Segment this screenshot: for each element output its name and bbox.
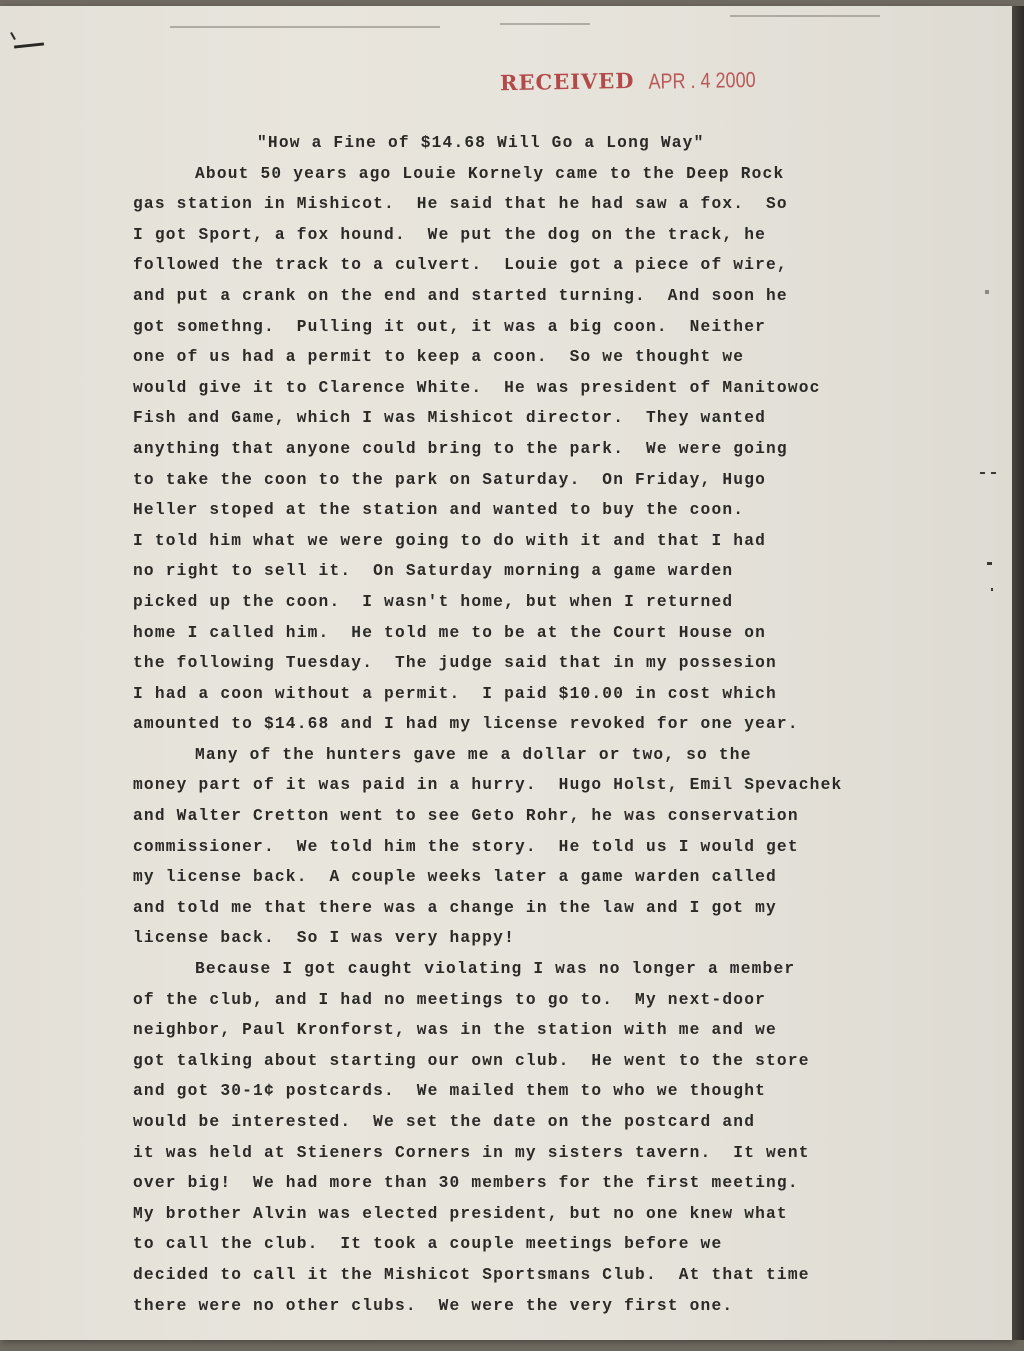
text-line: would give it to Clarence White. He was …	[133, 373, 953, 404]
text-line: license back. So I was very happy!	[133, 923, 953, 954]
document-title: "How a Fine of $14.68 Will Go a Long Way…	[133, 128, 953, 159]
stamp-date: APR . 4 2000	[648, 68, 756, 95]
paragraph-first-line: Because I got caught violating I was no …	[133, 954, 953, 985]
corner-pen-mark	[14, 42, 44, 48]
text-line: got talking about starting our own club.…	[133, 1046, 953, 1077]
corner-pen-mark	[10, 32, 16, 40]
text-line: amounted to $14.68 and I had my license …	[133, 709, 953, 740]
text-line: followed the track to a culvert. Louie g…	[133, 250, 953, 281]
text-line: there were no other clubs. We were the v…	[133, 1291, 953, 1322]
text-line: decided to call it the Mishicot Sportsma…	[133, 1260, 953, 1291]
text-line: anything that anyone could bring to the …	[133, 434, 953, 465]
text-line: home I called him. He told me to be at t…	[133, 618, 953, 649]
document-body: "How a Fine of $14.68 Will Go a Long Way…	[133, 128, 953, 1321]
margin-mark	[985, 290, 989, 294]
paragraph-first-line: Many of the hunters gave me a dollar or …	[133, 740, 953, 771]
received-stamp: RECEIVED APR . 4 2000	[500, 66, 756, 95]
text-line: would be interested. We set the date on …	[133, 1107, 953, 1138]
typed-document-page: RECEIVED APR . 4 2000 "How a Fine of $14…	[0, 6, 1012, 1340]
text-line: I got Sport, a fox hound. We put the dog…	[133, 220, 953, 251]
text-line: to call the club. It took a couple meeti…	[133, 1229, 953, 1260]
paragraph-first-line: About 50 years ago Louie Kornely came to…	[133, 159, 953, 190]
text-line: and Walter Cretton went to see Geto Rohr…	[133, 801, 953, 832]
text-line: the following Tuesday. The judge said th…	[133, 648, 953, 679]
text-line: one of us had a permit to keep a coon. S…	[133, 342, 953, 373]
top-edge-rule	[500, 23, 590, 25]
text-line: over big! We had more than 30 members fo…	[133, 1168, 953, 1199]
paragraphs-container: About 50 years ago Louie Kornely came to…	[133, 159, 953, 1322]
text-line: I had a coon without a permit. I paid $1…	[133, 679, 953, 710]
text-line: and got 30-1¢ postcards. We mailed them …	[133, 1076, 953, 1107]
margin-mark	[987, 562, 992, 565]
text-line: neighbor, Paul Kronforst, was in the sta…	[133, 1015, 953, 1046]
text-line: it was held at Stieners Corners in my si…	[133, 1138, 953, 1169]
text-line: Fish and Game, which I was Mishicot dire…	[133, 403, 953, 434]
text-line: picked up the coon. I wasn't home, but w…	[133, 587, 953, 618]
margin-mark	[980, 472, 985, 474]
stamp-word: RECEIVED	[500, 68, 635, 95]
text-line: I told him what we were going to do with…	[133, 526, 953, 557]
text-line: commissioner. We told him the story. He …	[133, 832, 953, 863]
margin-mark	[991, 472, 996, 474]
margin-mark	[991, 588, 993, 591]
text-line: my license back. A couple weeks later a …	[133, 862, 953, 893]
text-line: money part of it was paid in a hurry. Hu…	[133, 770, 953, 801]
text-line: no right to sell it. On Saturday morning…	[133, 556, 953, 587]
top-edge-rule	[730, 15, 880, 17]
text-line: got somethng. Pulling it out, it was a b…	[133, 312, 953, 343]
text-line: Heller stoped at the station and wanted …	[133, 495, 953, 526]
top-edge-rule	[170, 26, 440, 28]
text-line: of the club, and I had no meetings to go…	[133, 985, 953, 1016]
text-line: to take the coon to the park on Saturday…	[133, 465, 953, 496]
text-line: gas station in Mishicot. He said that he…	[133, 189, 953, 220]
text-line: and put a crank on the end and started t…	[133, 281, 953, 312]
text-line: and told me that there was a change in t…	[133, 893, 953, 924]
text-line: My brother Alvin was elected president, …	[133, 1199, 953, 1230]
